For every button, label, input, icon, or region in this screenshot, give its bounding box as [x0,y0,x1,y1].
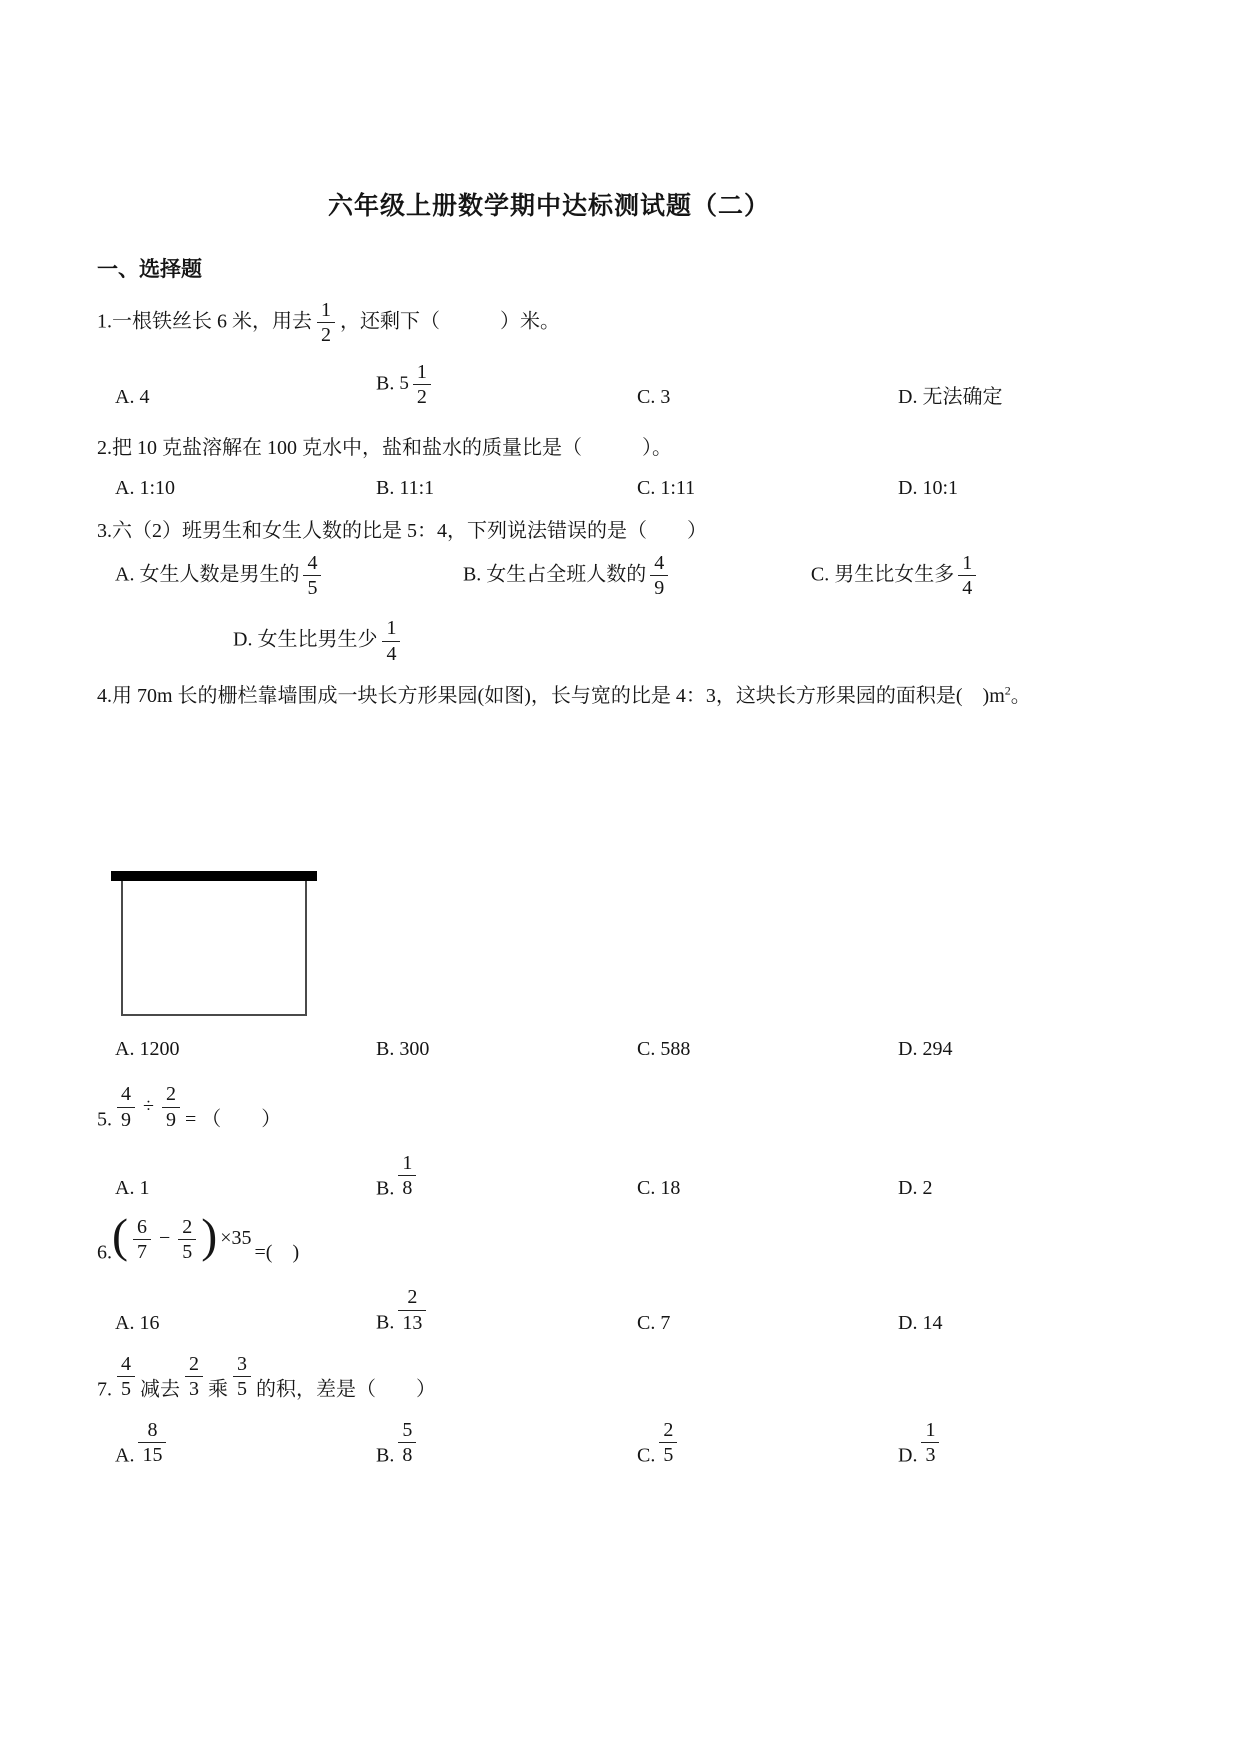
question-5-stem: 5.49÷29= （ ） [97,1083,1141,1131]
q3-option-c: C. 男生比女生多14 [793,552,1141,600]
option-text: C. 男生比女生多 [811,563,954,585]
option-text: A. 女生人数是男生的 [115,563,299,585]
option-text: B. [376,1177,394,1199]
fraction: 49 [650,552,668,600]
q4-text-post: 。 [1011,685,1031,707]
fraction-numerator: 2 [659,1419,677,1442]
division-operator: ÷ [143,1095,154,1117]
fraction-denominator: 5 [303,575,321,599]
q6-text-post: =( ) [255,1241,300,1263]
section-heading: 一、选择题 [97,253,1141,283]
fraction: 13 [921,1419,939,1467]
option-text: B. 300 [376,1038,429,1060]
option-text: C. 1:11 [637,477,695,499]
fraction-denominator: 4 [382,641,400,665]
option-text: D. 女生比男生少 [233,629,377,651]
fraction: 45 [117,1353,135,1401]
question-4-options: A. 1200 B. 300 C. 588 D. 294 [97,1038,1141,1061]
fraction-denominator: 5 [117,1376,135,1400]
fraction-denominator: 4 [958,575,976,599]
fraction: 23 [185,1353,203,1401]
q7-text-3: 的积，差是（ ） [256,1378,436,1400]
q6-option-b: B.213 [358,1286,619,1334]
question-3-options: A. 女生人数是男生的45 B. 女生占全班人数的49 C. 男生比女生多14 [97,552,1141,600]
q4-option-b: B. 300 [358,1038,619,1061]
option-text: C. 588 [637,1038,690,1060]
option-text: D. [898,1444,917,1466]
fraction-denominator: 8 [398,1442,416,1466]
q2-option-d: D. 10:1 [880,477,1141,500]
fraction: 35 [233,1353,251,1401]
fence-rectangle [121,881,307,1016]
option-text: B. [376,1444,394,1466]
q3-option-d: D. 女生比男生少14 [233,617,1141,665]
question-1-options: A. 4 B.512 C. 3 D. 无法确定 [97,361,1141,409]
page-title: 六年级上册数学期中达标测试题（二） [97,0,1141,222]
mixed-number-whole: 5 [399,373,409,394]
times-operand: ×35 [220,1227,251,1249]
q4-option-a: A. 1200 [97,1038,358,1061]
fraction: 14 [958,552,976,600]
q7-text-2: 乘 [208,1378,228,1400]
fraction-numerator: 2 [398,1286,426,1309]
option-text: D. 无法确定 [898,386,1002,408]
q7-option-b: B.58 [358,1419,619,1467]
q7-number: 7. [97,1378,112,1400]
fraction-numerator: 2 [162,1083,180,1106]
option-text: A. 1:10 [115,477,175,499]
fraction-numerator: 6 [133,1216,151,1239]
option-text: D. 10:1 [898,477,958,499]
option-text: A. [115,1444,134,1466]
question-6-stem: 6.(67−25)×35=( ) [97,1216,1141,1264]
fraction-denominator: 5 [659,1442,677,1466]
fraction-denominator: 3 [921,1442,939,1466]
option-text: D. 2 [898,1177,932,1199]
q2-option-c: C. 1:11 [619,477,880,500]
fraction-numerator: 1 [317,299,335,322]
option-text: A. 4 [115,386,149,408]
fraction-denominator: 8 [398,1175,416,1199]
minus-operator: − [159,1227,170,1249]
fraction-denominator: 3 [185,1376,203,1400]
test-paper-page: 六年级上册数学期中达标测试题（二） 一、选择题 1.一根铁丝长 6 米，用去12… [0,0,1241,1754]
fraction-numerator: 1 [413,361,431,384]
q6-option-c: C. 7 [619,1312,880,1335]
q7-option-c: C.25 [619,1419,880,1467]
q2-option-b: B. 11:1 [358,477,619,500]
fraction-denominator: 9 [162,1107,180,1131]
q5-option-a: A. 1 [97,1177,358,1200]
question-4-stem: 4.用 70m 长的栅栏靠墙围成一块长方形果园(如图)，长与宽的比是 4：3，这… [97,681,1141,711]
option-text: C. [637,1444,655,1466]
fraction: 12 [317,299,335,347]
q6-option-a: A. 16 [97,1312,358,1335]
option-text: C. 18 [637,1177,680,1199]
question-3-stem: 3.六（2）班男生和女生人数的比是 5：4，下列说法错误的是（ ） [97,516,1141,546]
q6-option-d: D. 14 [880,1312,1141,1335]
q1-option-d: D. 无法确定 [880,380,1141,409]
q5-option-d: D. 2 [880,1177,1141,1200]
option-text: A. 1200 [115,1038,179,1060]
q2-text: 2.把 10 克盐溶解在 100 克水中，盐和盐水的质量比是（ ）。 [97,437,672,459]
q2-option-a: A. 1:10 [97,477,358,500]
fraction-numerator: 3 [233,1353,251,1376]
fraction-denominator: 9 [117,1107,135,1131]
fraction-numerator: 5 [398,1419,416,1442]
q5-option-b: B.18 [358,1152,619,1200]
q4-figure [111,871,341,1016]
fraction: 49 [117,1083,135,1131]
question-1-stem: 1.一根铁丝长 6 米，用去12，还剩下（ ）米。 [97,299,1141,347]
right-parenthesis: ) [201,1209,217,1262]
question-5-options: A. 1 B.18 C. 18 D. 2 [97,1152,1141,1200]
fraction-denominator: 2 [413,384,431,408]
fraction-numerator: 1 [382,617,400,640]
fraction-numerator: 2 [178,1216,196,1239]
fraction-numerator: 4 [117,1083,135,1106]
fraction-denominator: 7 [133,1239,151,1263]
fraction: 213 [398,1286,426,1334]
option-text: C. 7 [637,1312,670,1334]
fraction: 25 [178,1216,196,1264]
fraction-numerator: 8 [138,1419,166,1442]
fraction-denominator: 13 [398,1310,426,1334]
fraction-numerator: 1 [921,1419,939,1442]
option-text: B. 女生占全班人数的 [463,563,646,585]
fraction: 25 [659,1419,677,1467]
fraction-denominator: 9 [650,575,668,599]
q4-option-c: C. 588 [619,1038,880,1061]
question-7-stem: 7.45减去23乘35的积，差是（ ） [97,1353,1141,1401]
fraction-denominator: 2 [317,322,335,346]
q4-option-d: D. 294 [880,1038,1141,1061]
fraction: 18 [398,1152,416,1200]
fraction: 12 [413,361,431,409]
question-7-options: A.815 B.58 C.25 D.13 [97,1419,1141,1467]
q1-text-pre: 1.一根铁丝长 6 米，用去 [97,310,312,332]
q1-text-post: ，还剩下（ ）米。 [340,310,560,332]
fraction: 815 [138,1419,166,1467]
q3-option-a: A. 女生人数是男生的45 [97,552,445,600]
q5-number: 5. [97,1109,112,1131]
fraction-numerator: 1 [958,552,976,575]
question-6-options: A. 16 B.213 C. 7 D. 14 [97,1286,1141,1334]
option-text: D. 14 [898,1312,942,1334]
option-text: A. 16 [115,1312,159,1334]
fraction: 29 [162,1083,180,1131]
q1-option-b: B.512 [358,361,619,409]
question-2-options: A. 1:10 B. 11:1 C. 1:11 D. 10:1 [97,477,1141,500]
fraction: 58 [398,1419,416,1467]
q4-text-pre: 4.用 70m 长的栅栏靠墙围成一块长方形果园(如图)，长与宽的比是 4：3，这… [97,685,1005,707]
q7-option-d: D.13 [880,1419,1141,1467]
fraction-numerator: 4 [303,552,321,575]
fraction-denominator: 5 [233,1376,251,1400]
option-text: D. 294 [898,1038,952,1060]
q1-option-a: A. 4 [97,386,358,409]
fraction-numerator: 1 [398,1152,416,1175]
option-text: B. 11:1 [376,477,434,499]
q3-text: 3.六（2）班男生和女生人数的比是 5：4，下列说法错误的是（ ） [97,520,707,542]
fraction-numerator: 2 [185,1353,203,1376]
left-parenthesis: ( [112,1209,128,1262]
q1-option-c: C. 3 [619,386,880,409]
q5-text-post: = （ ） [185,1109,281,1131]
fraction: 45 [303,552,321,600]
q7-option-a: A.815 [97,1419,358,1467]
fraction-denominator: 5 [178,1239,196,1263]
fraction-denominator: 15 [138,1442,166,1466]
q3-option-b: B. 女生占全班人数的49 [445,552,793,600]
option-text: B. [376,372,394,394]
q5-option-c: C. 18 [619,1177,880,1200]
wall-bar [111,871,317,881]
option-text: B. [376,1312,394,1334]
q7-text-1: 减去 [140,1378,180,1400]
fraction: 14 [382,617,400,665]
question-2-stem: 2.把 10 克盐溶解在 100 克水中，盐和盐水的质量比是（ ）。 [97,433,1141,463]
q6-number: 6. [97,1241,112,1263]
fraction-numerator: 4 [650,552,668,575]
fraction: 67 [133,1216,151,1264]
option-text: C. 3 [637,386,670,408]
option-text: A. 1 [115,1177,149,1199]
fraction-numerator: 4 [117,1353,135,1376]
